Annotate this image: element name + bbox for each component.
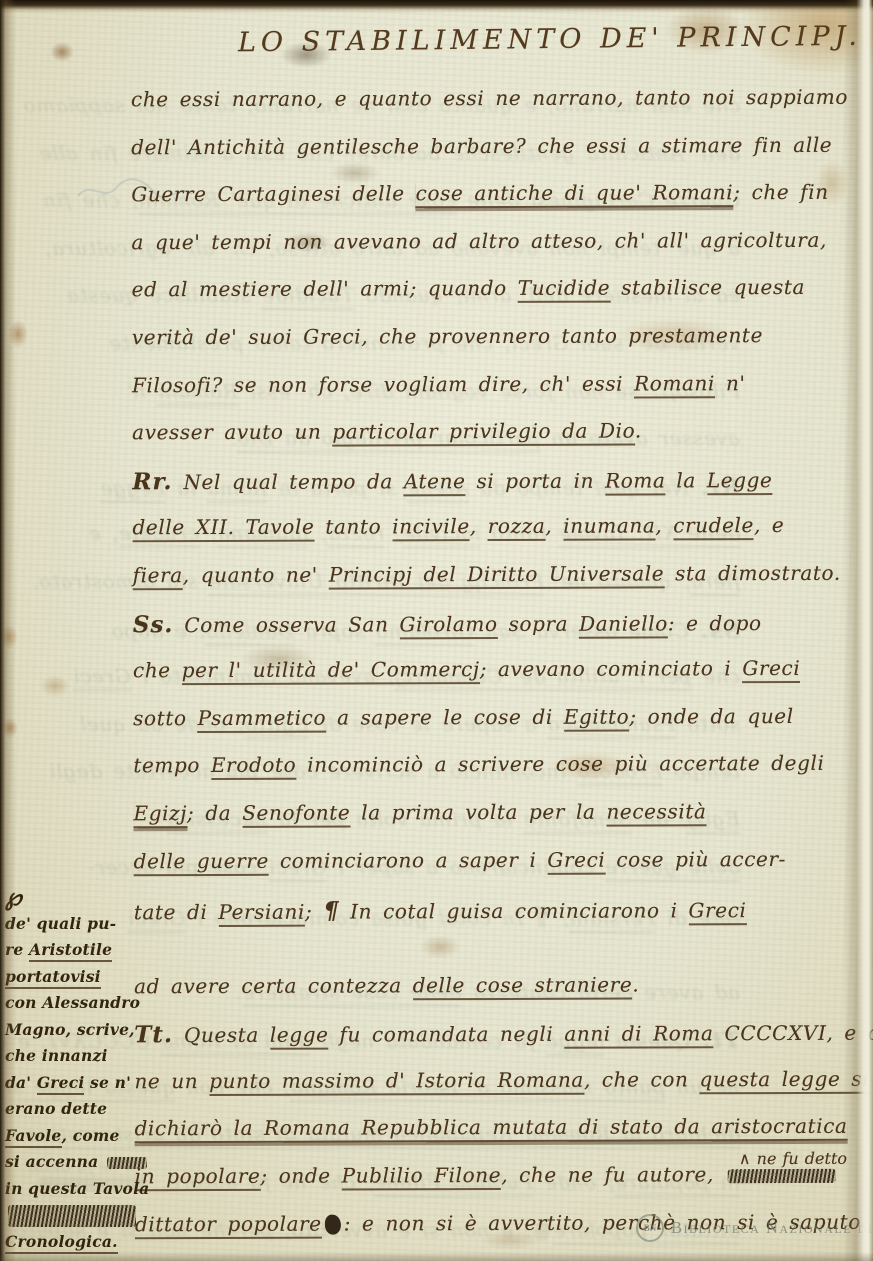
page-edge-left — [0, 0, 16, 1261]
margin-note-line: portatovisi — [5, 964, 157, 991]
text-segment: con Alessandro — [5, 993, 140, 1012]
text-segment: Cronologica. — [5, 1232, 118, 1254]
text-segment: Greci — [742, 656, 800, 683]
text-segment: Persiani — [218, 900, 305, 927]
text-segment: Greci — [37, 1073, 85, 1095]
text-segment: dichiarò la Romana Repubblica mutata di … — [135, 1114, 848, 1143]
text-segment: la — [665, 468, 707, 492]
text-segment: a sapere le cose di — [326, 704, 564, 729]
text-segment: Egitto — [564, 704, 630, 731]
text-segment: , quanto ne' — [183, 563, 329, 588]
text-segment: ; onde — [260, 1164, 341, 1188]
text-segment: ; che fin — [733, 180, 829, 204]
text-segment: : e dopo — [668, 611, 762, 635]
margin-note-line: de' quali pu- — [5, 911, 157, 938]
margin-note-line — [5, 1202, 157, 1229]
ink-scribble — [325, 1215, 341, 1235]
body-line: Ss. Come osserva San Girolamo sopra Dani… — [133, 608, 863, 658]
text-segment: avesser avuto un — [132, 420, 332, 445]
body-line: delle guerre cominciarono a saper i Grec… — [134, 846, 864, 896]
text-segment: delle guerre — [134, 848, 269, 875]
page-edge-bottom — [0, 1252, 873, 1261]
body-line: tate di Persiani; ¶ In cotal guisa comin… — [134, 894, 864, 944]
text-segment: , — [655, 514, 673, 538]
page-edge-top — [0, 0, 873, 13]
page-edge-right — [843, 0, 873, 1261]
ink-scribble — [8, 1205, 136, 1227]
text-segment: Principj del Diritto Universale — [329, 561, 664, 589]
text-segment: stabilisce questa — [610, 275, 805, 300]
body-line: tempo Erodoto incominciò a scrivere cose… — [133, 751, 863, 801]
text-segment: anni di Roma — [564, 1022, 713, 1050]
text-segment: delle cose straniere — [413, 972, 633, 1000]
text-segment: Filosofi? se non forse vogliam dire, ch'… — [132, 371, 634, 397]
text-segment: de' quali pu- — [5, 914, 116, 933]
text-segment: Girolamo — [399, 612, 497, 639]
margin-note-line: in questa Tavola — [5, 1176, 157, 1203]
text-segment: Questa — [173, 1023, 270, 1047]
text-segment: fiera — [133, 563, 183, 590]
text-segment: ; avevano cominciato i — [480, 656, 743, 681]
ink-scribble — [728, 1168, 836, 1182]
text-segment: delle XII. Tavole — [132, 515, 314, 543]
body-line: Egizj; da Senofonte la prima volta per l… — [133, 799, 863, 849]
margin-note-line: ℘ — [5, 884, 157, 911]
library-logo-icon: BN — [636, 1214, 664, 1242]
body-line: verità de' suoi Greci, che provennero ta… — [132, 323, 862, 373]
text-segment: Romani — [634, 371, 715, 398]
text-segment: ; onde da quel — [629, 704, 794, 729]
text-segment: ; da — [187, 801, 242, 825]
margin-note-line: da' Greci se n' — [5, 1070, 157, 1097]
text-segment: si accenna — [5, 1152, 104, 1171]
text-segment: dell' Antichità gentilesche barbare? che… — [131, 132, 832, 158]
text-segment: Publilio Filone — [342, 1163, 502, 1191]
text-segment: Roma — [605, 468, 665, 495]
text-segment: ed al mestiere dell' armi; quando — [132, 276, 518, 301]
text-segment: ∧ ne fu detto — [739, 1149, 847, 1168]
margin-note-line: che innanzi — [5, 1043, 157, 1070]
text-segment: crudele — [673, 513, 754, 540]
text-segment: erano dette — [5, 1099, 107, 1118]
margin-note-line: erano dette — [5, 1096, 157, 1123]
text-segment: cose più accer- — [605, 846, 786, 871]
body-line: che essi narrano, e quanto essi ne narra… — [131, 85, 861, 135]
text-segment: Atene — [404, 469, 466, 496]
text-segment: rozza — [488, 514, 546, 541]
text-segment: , che con — [584, 1067, 700, 1091]
text-segment: Legge — [707, 468, 773, 495]
text-segment: verità de' suoi Greci, che provennero ta… — [132, 323, 763, 349]
text-segment: Guerre Cartaginesi delle — [131, 181, 415, 206]
margin-note-line: si accenna — [5, 1149, 157, 1176]
margin-note-line: Magno, scrive, — [5, 1017, 157, 1044]
text-segment: Tucidide — [518, 276, 611, 303]
text-segment: Daniello — [579, 611, 668, 638]
text-segment: Greci — [688, 898, 746, 925]
text-segment: Ss. — [133, 611, 174, 638]
manuscript-page: che essi narrano, e quanto essi ne narra… — [0, 0, 873, 1261]
text-segment: In cotal guisa cominciarono i — [339, 898, 688, 923]
text-segment: in questa Tavola — [5, 1179, 149, 1198]
body-text: che essi narrano, e quanto essi ne narra… — [131, 85, 865, 1260]
text-segment: a que' tempi non avevano ad altro atteso… — [131, 228, 827, 254]
text-segment: Come osserva San — [173, 612, 399, 637]
text-segment: Greci — [547, 847, 605, 874]
text-segment: Nel qual tempo da — [172, 469, 403, 494]
body-line: fiera, quanto ne' Principj del Diritto U… — [133, 561, 863, 611]
text-segment: . — [635, 419, 642, 443]
text-segment: , — [470, 514, 488, 538]
text-segment: che — [133, 658, 182, 682]
text-segment: . — [632, 972, 639, 996]
text-segment: , come — [62, 1126, 120, 1145]
text-segment: tempo — [133, 753, 211, 777]
text-segment: ; — [305, 900, 323, 924]
text-segment: inumana — [563, 514, 655, 541]
body-line: ne un punto massimo d' Istoria Romana, c… — [134, 1067, 864, 1117]
text-segment: necessità — [606, 799, 706, 826]
body-line: Tt. Questa legge fu comandata negli anni… — [134, 1019, 864, 1069]
body-line: Rr. Nel qual tempo da Atene si porta in … — [132, 465, 862, 515]
text-segment: Aristotile — [29, 940, 112, 962]
text-segment: , che ne fu autore, — [501, 1162, 725, 1187]
text-segment: punto massimo d' Istoria Romana — [209, 1068, 584, 1096]
body-line: sotto Psammetico a sapere le cose di Egi… — [133, 703, 863, 753]
page-title: LO STABILIMENTO DE' PRINCIPJ. — [238, 21, 862, 59]
text-segment: , — [545, 514, 563, 538]
text-segment: sotto — [133, 706, 197, 730]
body-line: delle XII. Tavole tanto incivile, rozza,… — [132, 513, 862, 563]
body-line: ed al mestiere dell' armi; quando Tucidi… — [132, 275, 862, 325]
margin-note-line: Favole, come — [5, 1123, 157, 1150]
library-watermark: BN Biblioteca Nazionale di Napoli — [636, 1214, 873, 1242]
text-segment: cose antiche di que' Romani — [416, 180, 734, 208]
text-segment: Rr. — [132, 468, 172, 495]
text-segment: portatovisi — [5, 967, 101, 989]
body-line: in popolare; onde Publilio Filone, che n… — [135, 1162, 865, 1212]
body-line: Guerre Cartaginesi delle cose antiche di… — [131, 180, 861, 230]
margin-note: ℘ de' quali pu- re Aristotile portatovis… — [5, 884, 157, 1255]
text-segment: , e — [754, 513, 784, 537]
margin-note-line: con Alessandro — [5, 990, 157, 1017]
text-segment: si porta in — [465, 468, 605, 492]
text-segment: tanto — [314, 515, 392, 539]
text-segment: sopra — [498, 611, 580, 635]
margin-note-line: re Aristotile — [5, 937, 157, 964]
text-segment: particolar privilegio da Dio — [332, 419, 635, 447]
body-line: ad avere certa contezza delle cose stran… — [134, 971, 864, 1021]
text-segment: cominciarono a saper i — [269, 847, 548, 872]
text-segment: Magno, scrive, — [5, 1020, 135, 1039]
text-segment: fu comandata negli — [329, 1022, 565, 1047]
body-line: che per l' utilità de' Commercj; avevano… — [133, 656, 863, 706]
text-segment: sta dimostrato. — [664, 561, 841, 586]
text-segment: ¶ — [323, 896, 339, 925]
text-segment: ad avere certa contezza — [134, 973, 413, 998]
body-line: a que' tempi non avevano ad altro atteso… — [131, 228, 861, 278]
text-segment: incominciò a scrivere cose più accertate… — [296, 751, 824, 777]
text-segment: Egizj — [133, 801, 187, 828]
text-segment: n' — [715, 371, 746, 395]
body-line: Filosofi? se non forse vogliam dire, ch'… — [132, 370, 862, 420]
text-segment: Erodoto — [211, 753, 296, 780]
text-segment: Psammetico — [198, 705, 327, 732]
body-line: dell' Antichità gentilesche barbare? che… — [131, 132, 861, 182]
text-segment: incivile — [392, 514, 470, 541]
text-segment: la prima volta per la — [350, 800, 606, 825]
text-segment: se n' — [84, 1073, 131, 1092]
text-segment: per l' utilità de' Commercj — [182, 657, 480, 685]
text-segment: legge — [270, 1023, 329, 1050]
text-segment: Senofonte — [242, 800, 350, 827]
text-segment: che essi narrano, e quanto essi ne narra… — [131, 85, 848, 112]
text-segment: dittator popolare — [135, 1211, 322, 1239]
body-line: avesser avuto un particolar privilegio d… — [132, 418, 862, 468]
text-segment: che innanzi — [5, 1046, 108, 1065]
ink-scribble — [107, 1157, 147, 1169]
